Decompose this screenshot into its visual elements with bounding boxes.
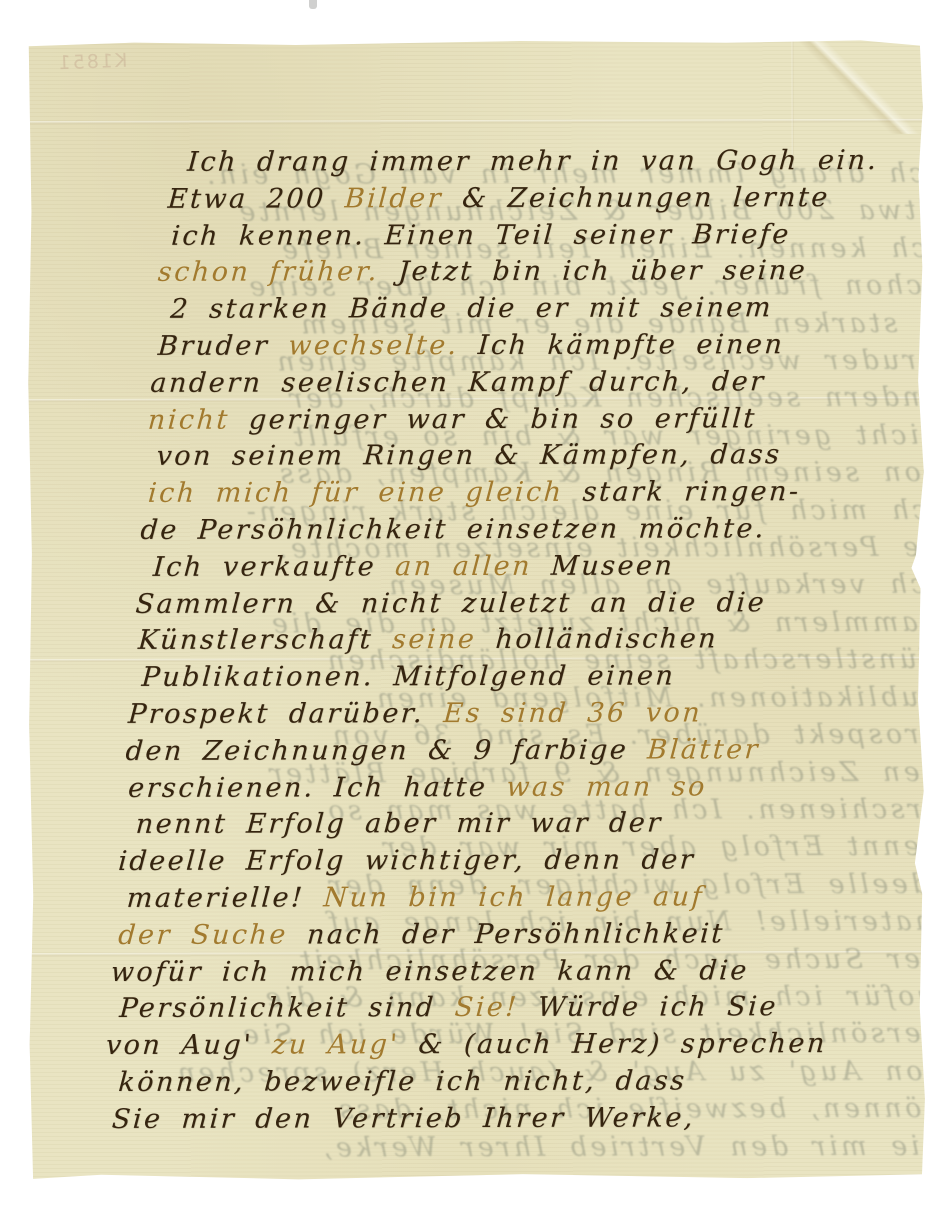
handwriting-segment: nach der Persöhnlichkeit — [287, 918, 726, 950]
handwriting-line: können, bezweifle ich nicht, dass — [117, 1063, 896, 1102]
handwriting-line: erschienen. Ich hatte was man so — [127, 768, 916, 807]
handwriting-segment: Sammlern & nicht zuletzt an die die — [135, 587, 768, 620]
handwriting-segment: wechselte. — [287, 330, 460, 361]
handwriting-line: Bruder wechselte. Ich kämpfte einen — [157, 327, 946, 366]
handwriting-segment: was man so — [505, 771, 708, 803]
handwriting-segment: andern seelischen Kampf durch, der — [149, 366, 766, 399]
handwriting-line: Prospekt darüber. Es sind 36 von — [127, 695, 921, 734]
handwriting-segment: Bilder — [344, 183, 444, 214]
handwriting-segment: der Suche — [117, 919, 289, 950]
handwriting-segment: geringer war & bin so erfüllt — [229, 403, 758, 435]
handwriting-segment: Künstlerschaft — [137, 625, 393, 657]
handwriting-segment: an allen — [394, 551, 533, 582]
handwriting-segment: nicht — [147, 404, 231, 435]
handwriting-segment: Bruder — [157, 330, 289, 361]
handwriting-line: ich mich für eine gleich stark ringen- — [147, 474, 936, 513]
handwriting-line: den Zeichnungen & 9 farbige Blätter — [124, 732, 918, 771]
handwriting-line: Sie mir den Vertrieb Ihrer Werke, — [111, 1100, 894, 1139]
handwriting-segment: Ich kämpfte einen — [458, 329, 786, 361]
handwriting-segment: seine — [391, 624, 477, 655]
handwriting-segment: Jetzt bin ich über seine — [378, 256, 808, 288]
handwriting-segment: Ich verkaufte — [152, 551, 396, 583]
handwriting-segment: zu Aug' — [271, 1029, 400, 1060]
handwriting-segment: & (auch Herz) sprechen — [398, 1028, 828, 1060]
handwriting-line: materielle! Nun bin ich lange auf — [126, 879, 909, 918]
handwriting-segment: Etwa 200 — [167, 183, 346, 214]
handwriting-segment: ideelle Erfolg wichtiger, denn der — [117, 845, 696, 878]
handwriting-line: 2 starken Bände die er mit seinem — [169, 290, 948, 329]
handwriting-line: Etwa 200 Bilder & Zeichnungen lernte — [167, 180, 950, 219]
handwriting-segment: Es sind 36 von — [442, 697, 703, 729]
handwriting-segment: schon früher. — [157, 257, 380, 289]
handwriting-segment: materielle! — [126, 882, 325, 914]
handwriting-segment: Ich drang immer mehr in van Gogh ein. — [186, 145, 879, 178]
handwriting-segment: Nun bin ich lange auf — [322, 881, 705, 913]
handwriting-segment: Würde ich Sie — [518, 992, 779, 1024]
handwriting-line: Sammlern & nicht zuletzt an die die — [134, 584, 928, 623]
handwriting-line: de Persöhnlichkeit einsetzen möchte. — [139, 511, 933, 550]
handwriting-line: wofür ich mich einsetzen kann & die — [110, 952, 904, 991]
handwriting-segment: wofür ich mich einsetzen kann & die — [110, 955, 750, 988]
letter-page: K1851 Ich drang immer mehr in van Gogh e… — [27, 39, 927, 1181]
handwriting-segment: können, bezweifle ich nicht, dass — [117, 1065, 687, 1097]
handwriting-segment: Prospekt darüber. — [127, 698, 444, 730]
handwriting-segment: den Zeichnungen & 9 farbige — [125, 734, 649, 766]
handwriting-segment: von Aug' — [105, 1030, 273, 1061]
handwriting-segment: Publikationen. Mitfolgend einen — [141, 661, 677, 693]
handwriting-line: Publikationen. Mitfolgend einen — [140, 658, 923, 697]
handwriting-segment: 2 starken Bände die er mit seinem — [169, 292, 774, 325]
faint-stamp-mark: K1851 — [56, 50, 128, 75]
handwriting-line: schon früher. Jetzt bin ich über seine — [157, 253, 950, 292]
handwriting-line: ich kennen. Einen Teil seiner Briefe — [170, 216, 950, 255]
handwriting-segment: erschienen. Ich hatte — [127, 771, 507, 803]
corner-fold-crease — [794, 39, 924, 134]
handwriting-segment: holländischen — [475, 624, 719, 656]
scan-background: K1851 Ich drang immer mehr in van Gogh e… — [0, 0, 950, 1212]
handwritten-letter-text: Ich drang immer mehr in van Gogh ein.Etw… — [100, 143, 950, 1139]
handwriting-line: Künstlerschaft seine holländischen — [137, 621, 926, 660]
handwriting-segment: & Zeichnungen lernte — [442, 182, 831, 214]
handwriting-segment: nennt Erfolg aber mir war der — [135, 808, 664, 840]
handwriting-segment: stark ringen- — [563, 476, 802, 508]
handwriting-segment: von seinem Ringen & Kämpfen, dass — [155, 440, 782, 473]
handwriting-segment: Persönlichkeit sind — [118, 992, 455, 1024]
handwriting-line: von seinem Ringen & Kämpfen, dass — [155, 437, 938, 476]
handwriting-segment: Sie mir den Vertrieb Ihrer Werke, — [111, 1102, 696, 1135]
handwriting-segment: de Persöhnlichkeit einsetzen möchte. — [140, 513, 767, 546]
handwriting-line: von Aug' zu Aug' & (auch Herz) sprechen — [105, 1026, 899, 1065]
handwriting-line: ideelle Erfolg wichtiger, denn der — [117, 842, 911, 881]
scanner-edge-mark — [309, 0, 317, 9]
handwriting-line: Ich drang immer mehr in van Gogh ein. — [186, 143, 950, 182]
handwriting-line: andern seelischen Kampf durch, der — [149, 364, 943, 403]
handwriting-segment: ich mich für eine gleich — [147, 477, 565, 509]
handwriting-segment: Museen — [531, 550, 675, 581]
handwriting-line: Persönlichkeit sind Sie! Würde ich Sie — [118, 989, 901, 1028]
handwriting-segment: ich kennen. Einen Teil seiner Briefe — [170, 219, 792, 252]
handwriting-segment: Blätter — [646, 734, 761, 765]
handwriting-line: nennt Erfolg aber mir war der — [134, 805, 913, 844]
handwriting-line: Ich verkaufte an allen Museen — [152, 548, 931, 587]
fold-crease-1 — [27, 119, 924, 124]
handwriting-segment: Sie! — [454, 992, 520, 1023]
handwriting-line: der Suche nach der Persöhnlichkeit — [117, 916, 906, 955]
handwriting-line: nicht geringer war & bin so erfüllt — [147, 400, 941, 439]
